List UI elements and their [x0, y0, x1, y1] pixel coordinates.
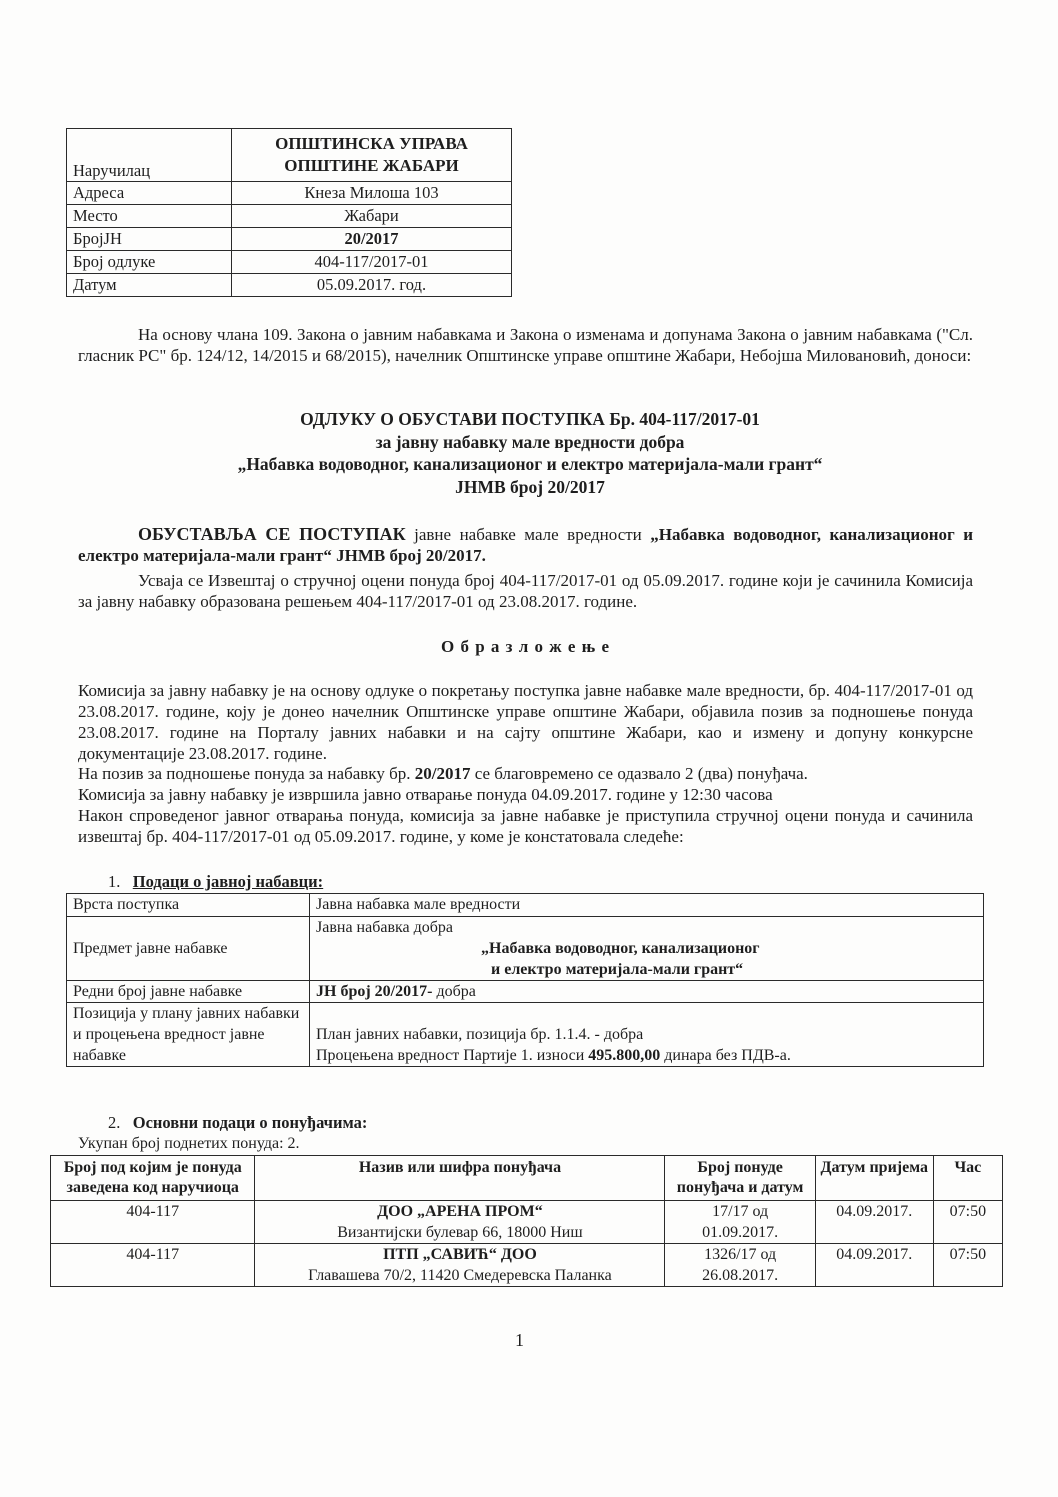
row-label: Предмет јавне набавке	[67, 917, 310, 981]
received-time: 07:50	[933, 1244, 1002, 1287]
header-row-decision-no: Број одлуке 404-117/2017-01	[67, 251, 512, 274]
header-value: 20/2017	[232, 228, 512, 251]
bidder-name: ДОО „АРЕНА ПРОМ“	[259, 1201, 660, 1222]
header-label: Наручилац	[67, 129, 232, 182]
offer-no: 17/17 од	[669, 1201, 810, 1222]
row-value: План јавних набавки, позиција бр. 1.1.4.…	[310, 1003, 984, 1067]
row-value: Јавна набавка мале вредности	[310, 894, 984, 917]
reasoning-heading: О б р а з л о ж е њ е	[78, 637, 973, 657]
estimated-value-amount: 495.800,00	[588, 1047, 660, 1064]
received-date: 04.09.2017.	[815, 1244, 933, 1287]
header-value: 404-117/2017-01	[232, 251, 512, 274]
header-value: Жабари	[232, 205, 512, 228]
section-1-heading: 1. Подаци о јавној набавци:	[108, 872, 323, 892]
header-row-contracting-authority: Наручилац ОПШТИНСКА УПРАВА ОПШТИНЕ ЖАБАР…	[67, 129, 512, 182]
bidders-table: Број под којим је понуда заведена код на…	[50, 1155, 1003, 1287]
procurement-row: Редни број јавне набавке ЈН број 20/2017…	[67, 981, 984, 1003]
reasoning-paragraph-3: Комисија за јавну набавку је извршила ја…	[78, 784, 973, 805]
p2-procurement-no: 20/2017	[415, 764, 471, 783]
section-1-title: Подаци о јавној набавци:	[133, 872, 323, 891]
decision-title: ОДЛУКУ О ОБУСТАВИ ПОСТУПКА Бр. 404-117/2…	[150, 408, 910, 498]
header-label: Датум	[67, 274, 232, 297]
estimated-value-suffix: динара без ПДВ-а.	[660, 1047, 791, 1064]
estimated-value: Процењена вредност Партије 1. износи 495…	[316, 1045, 977, 1066]
subject-line-1: Јавна набавка добра	[316, 917, 977, 938]
row-value: ЈН број 20/2017- добра	[310, 981, 984, 1003]
section-2-number: 2.	[108, 1113, 120, 1132]
header-value: Кнеза Милоша 103	[232, 182, 512, 205]
offer-no: 1326/17 од	[669, 1244, 810, 1265]
authority-line-1: ОПШТИНСКА УПРАВА	[238, 133, 505, 155]
row-label: Редни број јавне набавке	[67, 981, 310, 1003]
p2-text-b: се благовремено се одазвало 2 (два) пону…	[470, 764, 807, 783]
row-value: Јавна набавка добра „Набавка водоводног,…	[310, 917, 984, 981]
header-label: Место	[67, 205, 232, 228]
page-number: 1	[515, 1330, 524, 1351]
bidder-address: Византијски булевар 66, 18000 Ниш	[259, 1222, 660, 1243]
procurement-type: добра	[432, 983, 475, 1000]
decision-paragraph: ОБУСТАВЉА СЕ ПОСТУПАК јавне набавке мале…	[78, 524, 973, 566]
procurement-row: Предмет јавне набавке Јавна набавка добр…	[67, 917, 984, 981]
bidder-row: 404-117 ДОО „АРЕНА ПРОМ“ Византијски бул…	[51, 1201, 1003, 1244]
col-header-offer-no: Број понуде понуђача и датум	[665, 1156, 815, 1201]
section-1-number: 1.	[108, 872, 120, 891]
row-label: Позиција у плану јавних набавки и процењ…	[67, 1003, 310, 1067]
offer-date: 01.09.2017.	[669, 1222, 810, 1243]
header-label: БројЈН	[67, 228, 232, 251]
bidder-address: Главашева 70/2, 11420 Смедеревска Паланк…	[259, 1265, 660, 1286]
header-row-address: Адреса Кнеза Милоша 103	[67, 182, 512, 205]
authority-line-2: ОПШТИНЕ ЖАБАРИ	[238, 155, 505, 177]
header-value: 05.09.2017. год.	[232, 274, 512, 297]
section-2-heading: 2. Основни подаци о понуђачима:	[108, 1113, 367, 1133]
decision-lead: ОБУСТАВЉА СЕ ПОСТУПАК	[138, 524, 406, 544]
header-row-procurement-no: БројЈН 20/2017	[67, 228, 512, 251]
bidder: ДОО „АРЕНА ПРОМ“ Византијски булевар 66,…	[255, 1201, 665, 1244]
procurement-data-table: Врста поступка Јавна набавка мале вредно…	[66, 893, 984, 1067]
reasoning-paragraph-2: На позив за подношење понуда за набавку …	[78, 763, 973, 784]
total-bids: Укупан број поднетих понуда: 2.	[78, 1135, 300, 1153]
header-info-table: Наручилац ОПШТИНСКА УПРАВА ОПШТИНЕ ЖАБАР…	[66, 128, 512, 297]
col-header-reg-no: Број под којим је понуда заведена код на…	[51, 1156, 255, 1201]
adopt-paragraph: Усваја се Извештај о стручној оцени пону…	[78, 570, 973, 612]
intro-paragraph: На основу члана 109. Закона о јавним наб…	[78, 324, 973, 366]
bidder-row: 404-117 ПТП „САВИЋ“ ДОО Главашева 70/2, …	[51, 1244, 1003, 1287]
header-row-date: Датум 05.09.2017. год.	[67, 274, 512, 297]
procurement-row: Врста поступка Јавна набавка мале вредно…	[67, 894, 984, 917]
decision-text: јавне набавке мале вредности	[406, 525, 651, 544]
procurement-number: ЈН број 20/2017-	[316, 983, 432, 1000]
header-value: ОПШТИНСКА УПРАВА ОПШТИНЕ ЖАБАРИ	[232, 129, 512, 182]
estimated-value-text: Процењена вредност Партије 1. износи	[316, 1047, 588, 1064]
plan-position: План јавних набавки, позиција бр. 1.1.4.…	[316, 1024, 977, 1045]
title-line-2: за јавну набавку мале вредности добра	[150, 431, 910, 454]
bidder: ПТП „САВИЋ“ ДОО Главашева 70/2, 11420 См…	[255, 1244, 665, 1287]
col-header-received-date: Датум пријема	[815, 1156, 933, 1201]
p2-text-a: На позив за подношење понуда за набавку …	[78, 764, 415, 783]
received-date: 04.09.2017.	[815, 1201, 933, 1244]
title-line-1: ОДЛУКУ О ОБУСТАВИ ПОСТУПКА Бр. 404-117/2…	[150, 408, 910, 431]
offer-date: 26.08.2017.	[669, 1265, 810, 1286]
offer: 1326/17 од 26.08.2017.	[665, 1244, 815, 1287]
procurement-row: Позиција у плану јавних набавки и процењ…	[67, 1003, 984, 1067]
header-label: Адреса	[67, 182, 232, 205]
title-line-3: „Набавка водоводног, канализационог и ел…	[150, 453, 910, 476]
received-time: 07:50	[933, 1201, 1002, 1244]
reg-no: 404-117	[51, 1244, 255, 1287]
reasoning-paragraph-1: Комисија за јавну набавку је на основу о…	[78, 680, 973, 764]
title-line-4: ЈНМВ број 20/2017	[150, 476, 910, 499]
header-row-place: Место Жабари	[67, 205, 512, 228]
bidder-name: ПТП „САВИЋ“ ДОО	[259, 1244, 660, 1265]
col-header-bidder-name: Назив или шифра понуђача	[255, 1156, 665, 1201]
section-2-title: Основни подаци о понуђачима:	[133, 1113, 368, 1132]
offer: 17/17 од 01.09.2017.	[665, 1201, 815, 1244]
reasoning-paragraph-4: Након спроведеног јавног отварања понуда…	[78, 805, 973, 847]
subject-line-2: „Набавка водоводног, канализационог	[316, 938, 977, 959]
col-header-time: Час	[933, 1156, 1002, 1201]
header-label: Број одлуке	[67, 251, 232, 274]
reg-no: 404-117	[51, 1201, 255, 1244]
subject-line-3: и електро материјала-мали грант“	[316, 959, 977, 980]
row-label: Врста поступка	[67, 894, 310, 917]
bidders-header-row: Број под којим је понуда заведена код на…	[51, 1156, 1003, 1201]
